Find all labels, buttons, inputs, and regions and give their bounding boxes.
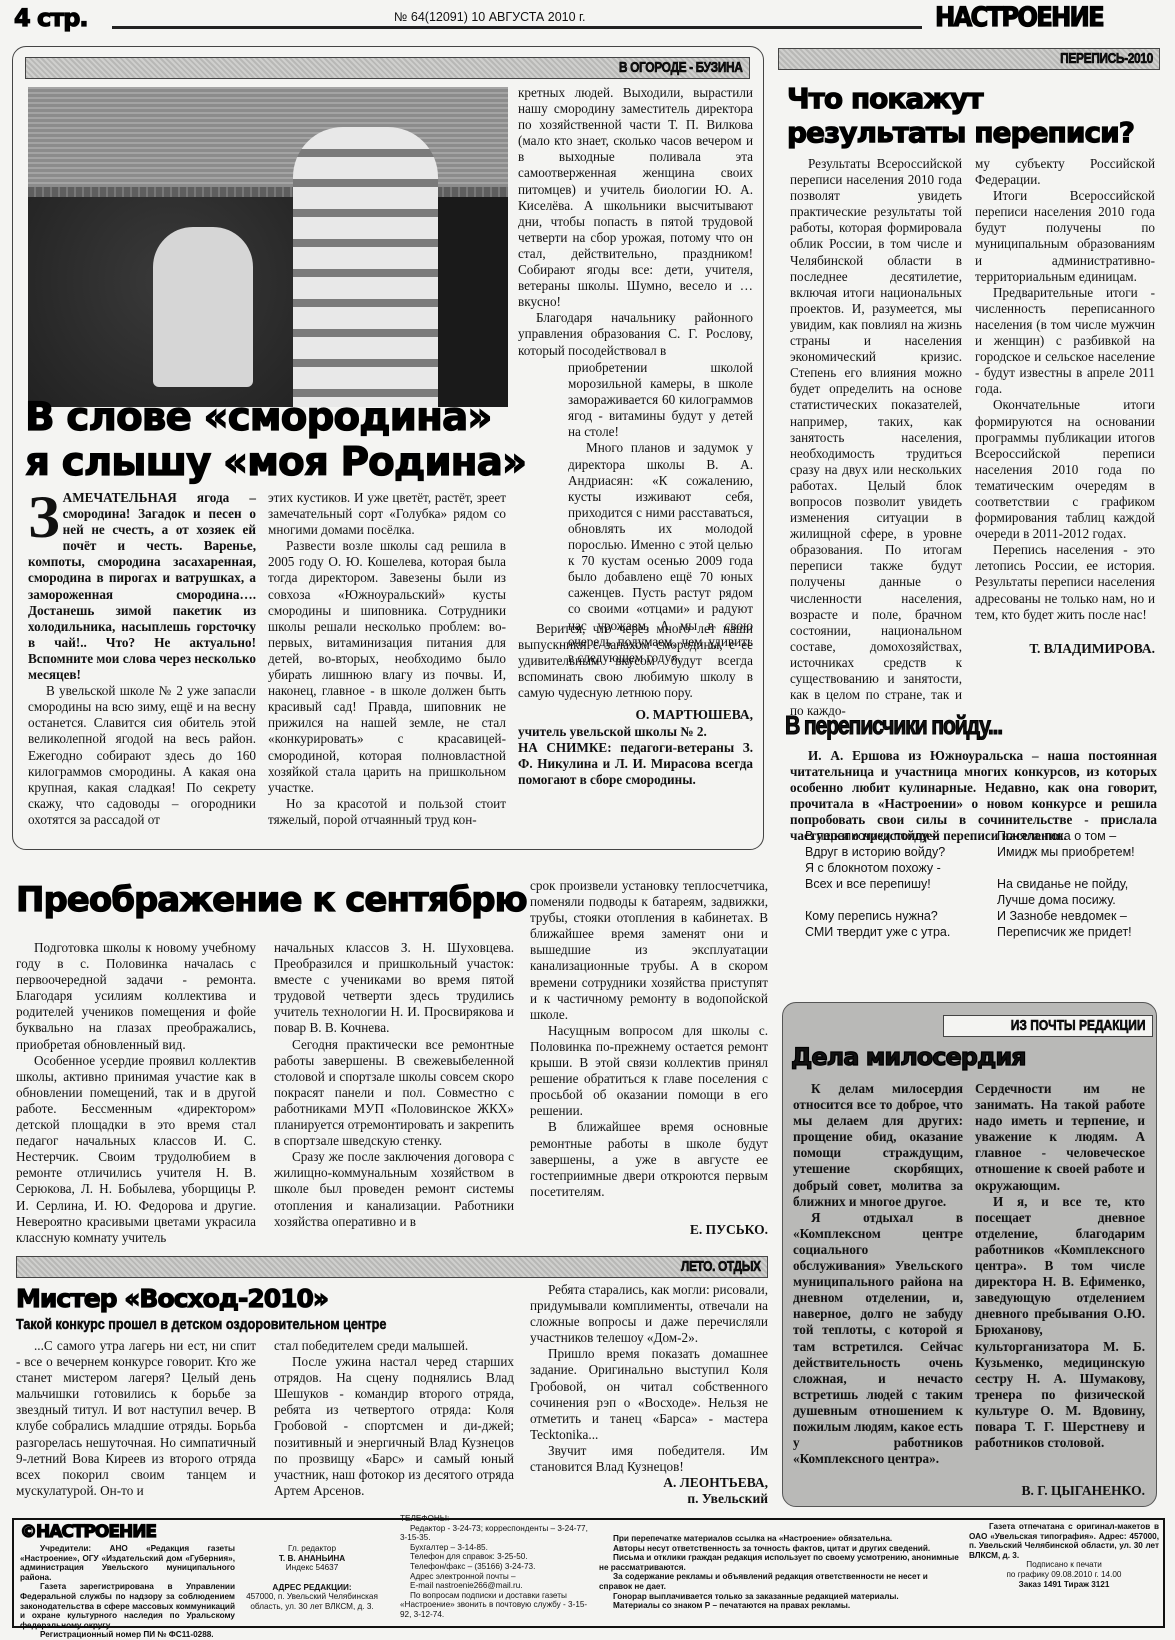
phone-line: Адрес электронной почты – — [400, 1572, 590, 1582]
verse-line: Имидж мы приобретем! — [997, 844, 1162, 860]
photo-caption: НА СНИМКЕ: педагоги-ветераны З. Ф. Никул… — [518, 740, 753, 788]
rubric-summer: ЛЕТО. ОТДЫХ — [16, 1256, 768, 1278]
paragraph: начальных классов З. Н. Шуховцева. Преоб… — [274, 940, 514, 1037]
paragraph: Ребята старались, как могли: рисовали, п… — [530, 1282, 768, 1346]
imprint-logo: ©НАСТРОЕНИЕ — [20, 1522, 156, 1542]
editor-label: Гл. редактор — [242, 1544, 382, 1554]
author-signature: Т. ВЛАДИМИРОВА. — [975, 641, 1155, 657]
paragraph: этих кустиков. И уже цветёт, растёт, зре… — [268, 490, 506, 538]
september-col1: Подготовка школы к новому учебному году … — [16, 940, 256, 1246]
paragraph: К делам милосердия относится все то добр… — [793, 1081, 963, 1210]
photo-person-right — [293, 127, 438, 407]
census-col1: Результаты Всероссийской переписи населе… — [790, 156, 962, 719]
verse-line: Я с блокнотом похожу - — [805, 860, 965, 876]
author-signature: О. МАРТЮШЕВА, — [518, 707, 753, 723]
page-number: 4 стр. — [14, 4, 88, 32]
verse-right: Поняла пока о том – Имидж мы приобретем!… — [997, 828, 1162, 940]
paragraph: Итоги Всероссийской переписи населения 2… — [975, 188, 1155, 285]
signed-date: по графику 09.08.2010 г. 14.00 — [969, 1570, 1159, 1580]
paragraph: Насущным вопросом для школы с. Половинка… — [530, 1023, 768, 1120]
paragraph: Благодаря начальнику районного управлени… — [518, 310, 753, 358]
editor-name: Т. В. АНАНЬИНА — [242, 1554, 382, 1564]
printing-text: Газета отпечатана с оригинал-макетов в О… — [969, 1522, 1159, 1560]
imprint: ©НАСТРОЕНИЕ Учредители: АНО «Редакция га… — [12, 1518, 1165, 1628]
founders-text: Учредители: АНО «Редакция газеты «Настро… — [20, 1544, 235, 1582]
currant-col3: кретных людей. Выходили, вырастили нашу … — [518, 85, 753, 359]
notice-line: При перепечатке материалов ссылка на «На… — [599, 1534, 959, 1544]
masthead: 4 стр. № 64(12091) 10 АВГУСТА 2010 г. НА… — [0, 0, 1175, 40]
september-col2: начальных классов З. Н. Шуховцева. Преоб… — [274, 940, 514, 1230]
order-circulation: Заказ 1491 Тираж 3121 — [969, 1580, 1159, 1590]
paragraph: Подготовка школы к новому учебному году … — [16, 940, 256, 1053]
drop-cap: З — [28, 490, 60, 545]
article-mister: ЛЕТО. ОТДЫХ Мистер «Восход-2010» Такой к… — [12, 1256, 772, 1506]
phones-label: ТЕЛЕФОНЫ: — [400, 1514, 590, 1524]
imprint-phones: ТЕЛЕФОНЫ: Редактор - 3-24-73; корреспонд… — [400, 1514, 590, 1620]
registration-text: Газета зарегистрирована в Управлении Фед… — [20, 1582, 235, 1630]
mister-col3: Ребята старались, как могли: рисовали, п… — [530, 1282, 768, 1507]
paragraph: Я отдыхал в «Комплексном центре социальн… — [793, 1210, 963, 1468]
paragraph: срок произвели установку теплосчетчика, … — [530, 878, 768, 1023]
email-link[interactable]: E-mail nastroenie266@mail.ru. — [400, 1581, 590, 1591]
author-role: учитель увельской школы № 2. — [518, 724, 753, 740]
currant-col3-bottom: Верится, что через много лет наши выпуск… — [518, 621, 753, 788]
imprint-notices: При перепечатке материалов ссылка на «На… — [599, 1534, 959, 1611]
paragraph: кретных людей. Выходили, вырастили нашу … — [518, 85, 753, 310]
photo-person-left — [153, 227, 253, 387]
author-signature: А. ЛЕОНТЬЕВА, — [530, 1475, 768, 1491]
imprint-divider — [386, 1518, 388, 1628]
mercy-col1: К делам милосердия относится все то добр… — [793, 1081, 963, 1467]
verse-left: В переписчики пойду – Вдруг в историю во… — [805, 828, 965, 940]
verse-line: Кому перепись нужна? — [805, 908, 965, 924]
article-photo — [28, 87, 508, 407]
september-title: Преображение к сентябрю — [16, 880, 527, 920]
september-col3: срок произвели установку теплосчетчика, … — [530, 878, 768, 1238]
author-place: п. Увельский — [530, 1491, 768, 1507]
notice-line: Авторы несут ответственность за точность… — [599, 1544, 959, 1554]
article-currant: В ОГОРОДЕ - БУЗИНА В слове «смородина» я… — [12, 46, 764, 850]
author-signature: Е. ПУСЬКО. — [530, 1222, 768, 1238]
reg-number: Регистрационный номер ПИ № ФС11-0288. — [20, 1630, 235, 1640]
mister-title: Мистер «Восход-2010» — [16, 1284, 328, 1313]
paragraph: Результаты Всероссийской переписи населе… — [790, 156, 962, 719]
subscription-index: Индекс 54637 — [242, 1563, 382, 1573]
verse-line: Всех и все перепишу! — [805, 876, 965, 892]
currant-col1: З АМЕЧАТЕЛЬНАЯ ягода – смородина! Загадо… — [28, 490, 256, 828]
paragraph: ...С самого утра лагерь ни ест, ни спит … — [16, 1338, 256, 1499]
article-september: Преображение к сентябрю Подготовка школы… — [12, 860, 772, 1240]
verse-line: Поняла пока о том – — [997, 828, 1162, 844]
article-enumerators: В переписчики пойду... И. А. Ершова из Ю… — [775, 710, 1165, 980]
verse-line: СМИ твердит уже с утра. — [805, 924, 965, 940]
paragraph: Пришло время показать домашнее задание. … — [530, 1346, 768, 1443]
currant-col2: этих кустиков. И уже цветёт, растёт, зре… — [268, 490, 506, 828]
notice-line: Материалы со знаком Р – печатаются на пр… — [599, 1601, 959, 1611]
imprint-printing: Газета отпечатана с оригинал-макетов в О… — [969, 1522, 1159, 1589]
rubric-mail: ИЗ ПОЧТЫ РЕДАКЦИИ — [943, 1015, 1153, 1037]
currant-title-line2: я слышу «моя Родина» — [25, 440, 526, 485]
paper-name: НАСТРОЕНИЕ — [935, 2, 1103, 33]
paragraph: После ужина настал черед старших отрядов… — [274, 1354, 514, 1499]
masthead-rule — [112, 26, 922, 29]
paragraph: приобретении школой морозильной камеры, … — [568, 360, 753, 440]
imprint-editor: Гл. редактор Т. В. АНАНЬИНА Индекс 54637… — [242, 1544, 382, 1612]
mercy-title: Дела милосердия — [791, 1043, 1026, 1071]
phone-line: Телефон/факс – (35166) 3-24-73. — [400, 1562, 590, 1572]
paragraph: Но за красотой и пользой стоит тяжелый, … — [268, 796, 506, 828]
imprint-founders: Учредители: АНО «Редакция газеты «Настро… — [20, 1544, 235, 1640]
paragraph: Сердечности им не занимать. На такой раб… — [975, 1081, 1145, 1194]
paragraph: Сразу же после заключения договора с жил… — [274, 1149, 514, 1229]
address-text: 457000, п. Увельский Челябинская область… — [242, 1592, 382, 1611]
paragraph: Окончательные итоги формируются на основ… — [975, 397, 1155, 542]
address-label: АДРЕС РЕДАКЦИИ: — [242, 1583, 382, 1593]
paragraph: Перепись населения - это летопись России… — [975, 542, 1155, 622]
phone-line: Телефон для справок: 3-25-50. — [400, 1552, 590, 1562]
verse-line: Вдруг в историю войду? — [805, 844, 965, 860]
verse-line: На свиданье не пойду, — [997, 876, 1162, 892]
paragraph: Звучит имя победителя. Им становится Вла… — [530, 1443, 768, 1475]
paragraph: му субъекту Российской Федерации. — [975, 156, 1155, 188]
paragraph: Особенное усердие проявил коллектив школ… — [16, 1053, 256, 1246]
paragraph: В увельской школе № 2 уже запасли смород… — [28, 683, 256, 828]
mercy-col2: Сердечности им не занимать. На такой раб… — [975, 1081, 1145, 1451]
issue-info: № 64(12091) 10 АВГУСТА 2010 г. — [390, 10, 590, 24]
notice-line: За содержание рекламы и объявлений редак… — [599, 1572, 959, 1591]
signed-label: Подписано к печати — [969, 1560, 1159, 1570]
paragraph: стал победителем среди малышей. — [274, 1338, 514, 1354]
currant-title-line1: В слове «смородина» — [25, 395, 491, 440]
paragraph: Сегодня практически все ремонтные работы… — [274, 1037, 514, 1150]
enumerators-title: В переписчики пойду... — [785, 710, 1002, 741]
author-signature: В. Г. ЦЫГАНЕНКО. — [1021, 1483, 1145, 1499]
census-title-line2: результаты переписи? — [787, 116, 1134, 149]
verse-line: И Зазнобе невдомек – — [997, 908, 1162, 924]
phone-line: По вопросам подписки и доставки газеты «… — [400, 1591, 590, 1620]
paragraph: Развести возле школы сад решила в 2005 г… — [268, 538, 506, 796]
verse-line: Лучше дома посижу. — [997, 892, 1162, 908]
mister-col2: стал победителем среди малышей. После уж… — [274, 1338, 514, 1499]
mister-subtitle: Такой конкурс прошел в детском оздоровит… — [16, 1316, 386, 1333]
rubric-census: ПЕРЕПИСЬ-2010 — [778, 48, 1160, 70]
verse-line: В переписчики пойду – — [805, 828, 965, 844]
mister-col1: ...С самого утра лагерь ни ест, ни спит … — [16, 1338, 256, 1499]
notice-line: Гонорар выплачивается только за заказанн… — [599, 1592, 959, 1602]
currant-lead: АМЕЧАТЕЛЬНАЯ ягода – смородина! Загадок … — [28, 490, 256, 683]
notice-line: Письма и отклики граждан редакция исполь… — [599, 1553, 959, 1572]
phone-line: Бухгалтер – 3-14-85. — [400, 1543, 590, 1553]
paragraph: Предварительные итоги - численность пере… — [975, 285, 1155, 398]
article-census: ПЕРЕПИСЬ-2010 Что покажут результаты пер… — [775, 46, 1165, 696]
census-col2: му субъекту Российской Федерации. Итоги … — [975, 156, 1155, 657]
paragraph: И я, и все те, кто посещает дневное отде… — [975, 1194, 1145, 1452]
article-mercy: ИЗ ПОЧТЫ РЕДАКЦИИ Дела милосердия К дела… — [782, 1002, 1157, 1507]
phone-line: Редактор - 3-24-73; корреспонденты – 3-2… — [400, 1524, 590, 1543]
verse-line: Переписчик же придет! — [997, 924, 1162, 940]
paragraph: Верится, что через много лет наши выпуск… — [518, 621, 753, 701]
rubric-garden: В ОГОРОДЕ - БУЗИНА — [25, 57, 750, 79]
paragraph: В ближайшее время основные ремонтные раб… — [530, 1119, 768, 1199]
currant-col3-indented: приобретении школой морозильной камеры, … — [568, 360, 753, 666]
census-title-line1: Что покажут — [787, 82, 983, 115]
